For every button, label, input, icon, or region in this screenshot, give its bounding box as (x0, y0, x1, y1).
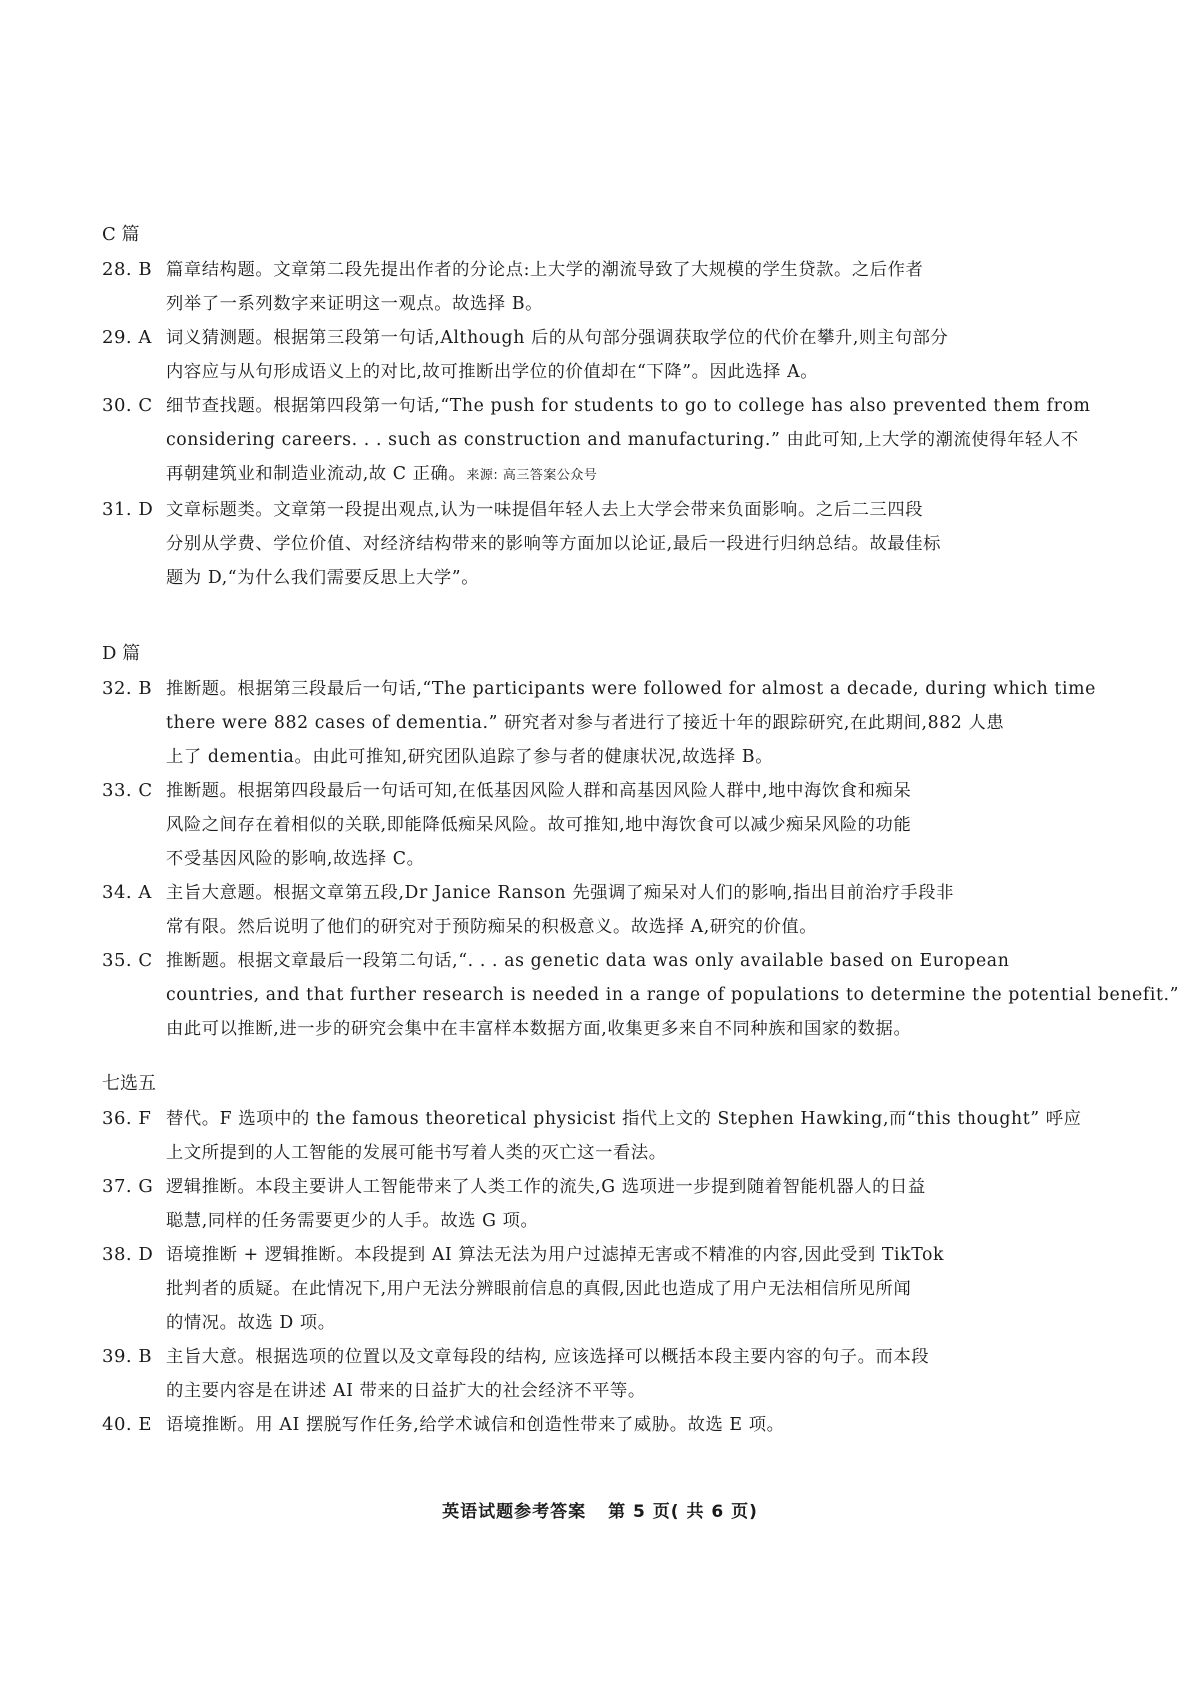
answer-explanation: 主旨大意题。根据文章第五段,Dr Janice Ranson 先强调了痴呆对人们… (166, 876, 1102, 944)
section-title: 七选五 (102, 1068, 1102, 1100)
answer-key: 32. B (102, 672, 166, 706)
explanation-line: 词义猜测题。根据第三段第一句话,Although 后的从句部分强调获取学位的代价… (166, 321, 1102, 355)
explanation-line: 主旨大意。根据选项的位置以及文章每段的结构, 应该选择可以概括本段主要内容的句子… (166, 1340, 1102, 1374)
explanation-line: 主旨大意题。根据文章第五段,Dr Janice Ranson 先强调了痴呆对人们… (166, 876, 1102, 910)
answer-key: 38. D (102, 1238, 166, 1272)
explanation-line: 不受基因风险的影响,故选择 C。 (166, 842, 1102, 876)
answer-key-page: C 篇 28. B 篇章结构题。文章第二段先提出作者的分论点:上大学的潮流导致了… (0, 0, 1200, 1699)
answer-item-28: 28. B 篇章结构题。文章第二段先提出作者的分论点:上大学的潮流导致了大规模的… (102, 253, 1102, 321)
explanation-line: countries, and that further research is … (166, 978, 1179, 1012)
answer-item-34: 34. A 主旨大意题。根据文章第五段,Dr Janice Ranson 先强调… (102, 876, 1102, 944)
answer-explanation: 推断题。根据文章最后一段第二句话,“. . . as genetic data … (166, 944, 1179, 1046)
answer-key: 40. E (102, 1408, 166, 1442)
page-footer: 英语试题参考答案第 5 页( 共 6 页) (0, 1497, 1200, 1522)
explanation-line: 上文所提到的人工智能的发展可能书写着人类的灭亡这一看法。 (166, 1136, 1102, 1170)
explanation-line: 文章标题类。文章第一段提出观点,认为一味提倡年轻人去上大学会带来负面影响。之后二… (166, 493, 1102, 527)
answer-item-38: 38. D 语境推断 + 逻辑推断。本段提到 AI 算法无法为用户过滤掉无害或不… (102, 1238, 1102, 1340)
explanation-line: there were 882 cases of dementia.” 研究者对参… (166, 706, 1102, 740)
explanation-line: 替代。F 选项中的 the famous theoretical physici… (166, 1102, 1102, 1136)
answer-item-29: 29. A 词义猜测题。根据第三段第一句话,Although 后的从句部分强调获… (102, 321, 1102, 389)
section-title: D 篇 (102, 638, 1102, 670)
answer-explanation: 替代。F 选项中的 the famous theoretical physici… (166, 1102, 1102, 1170)
explanation-line: 题为 D,“为什么我们需要反思上大学”。 (166, 561, 1102, 595)
answer-explanation: 推断题。根据第四段最后一句话可知,在低基因风险人群和高基因风险人群中,地中海饮食… (166, 774, 1102, 876)
section-d: D 篇 32. B 推断题。根据第三段最后一句话,“The participan… (102, 638, 1102, 1046)
answer-item-30: 30. C 细节查找题。根据第四段第一句话,“The push for stud… (102, 389, 1102, 493)
explanation-line: 列举了一系列数字来证明这一观点。故选择 B。 (166, 287, 1102, 321)
answer-explanation: 词义猜测题。根据第三段第一句话,Although 后的从句部分强调获取学位的代价… (166, 321, 1102, 389)
page-number: 第 5 页( 共 6 页) (608, 1502, 758, 1522)
answer-key: 28. B (102, 253, 166, 287)
answer-item-39: 39. B 主旨大意。根据选项的位置以及文章每段的结构, 应该选择可以概括本段主… (102, 1340, 1102, 1408)
answer-key: 29. A (102, 321, 166, 355)
explanation-line: 细节查找题。根据第四段第一句话,“The push for students t… (166, 389, 1102, 423)
explanation-line: 推断题。根据第四段最后一句话可知,在低基因风险人群和高基因风险人群中,地中海饮食… (166, 774, 1102, 808)
answer-key: 33. C (102, 774, 166, 808)
explanation-line: 风险之间存在着相似的关联,即能降低痴呆风险。故可推知,地中海饮食可以减少痴呆风险… (166, 808, 1102, 842)
document-title: 英语试题参考答案 (442, 1502, 586, 1522)
explanation-line: 逻辑推断。本段主要讲人工智能带来了人类工作的流失,G 选项进一步提到随着智能机器… (166, 1170, 1102, 1204)
source-note: 来源: 高三答案公众号 (466, 468, 597, 483)
explanation-line: 推断题。根据文章最后一段第二句话,“. . . as genetic data … (166, 944, 1179, 978)
answer-key: 37. G (102, 1170, 166, 1204)
explanation-line: considering careers. . . such as constru… (166, 423, 1102, 457)
explanation-text: 再朝建筑业和制造业流动,故 C 正确。 (166, 464, 466, 484)
answer-explanation: 主旨大意。根据选项的位置以及文章每段的结构, 应该选择可以概括本段主要内容的句子… (166, 1340, 1102, 1408)
answer-explanation: 语境推断 + 逻辑推断。本段提到 AI 算法无法为用户过滤掉无害或不精准的内容,… (166, 1238, 1102, 1340)
answer-explanation: 逻辑推断。本段主要讲人工智能带来了人类工作的流失,G 选项进一步提到随着智能机器… (166, 1170, 1102, 1238)
answer-item-36: 36. F 替代。F 选项中的 the famous theoretical p… (102, 1102, 1102, 1170)
explanation-line: 内容应与从句形成语义上的对比,故可推断出学位的价值却在“下降”。因此选择 A。 (166, 355, 1102, 389)
explanation-line: 推断题。根据第三段最后一句话,“The participants were fo… (166, 672, 1102, 706)
answer-key: 31. D (102, 493, 166, 527)
answer-key: 34. A (102, 876, 166, 910)
explanation-line: 再朝建筑业和制造业流动,故 C 正确。来源: 高三答案公众号 (166, 457, 1102, 493)
answer-explanation: 文章标题类。文章第一段提出观点,认为一味提倡年轻人去上大学会带来负面影响。之后二… (166, 493, 1102, 595)
explanation-line: 语境推断 + 逻辑推断。本段提到 AI 算法无法为用户过滤掉无害或不精准的内容,… (166, 1238, 1102, 1272)
explanation-line: 篇章结构题。文章第二段先提出作者的分论点:上大学的潮流导致了大规模的学生贷款。之… (166, 253, 1102, 287)
answer-key: 35. C (102, 944, 166, 978)
section-seven-choose-five: 七选五 36. F 替代。F 选项中的 the famous theoretic… (102, 1068, 1102, 1442)
answer-key: 30. C (102, 389, 166, 423)
answer-key: 39. B (102, 1340, 166, 1374)
explanation-line: 常有限。然后说明了他们的研究对于预防痴呆的积极意义。故选择 A,研究的价值。 (166, 910, 1102, 944)
explanation-line: 聪慧,同样的任务需要更少的人手。故选 G 项。 (166, 1204, 1102, 1238)
answer-item-32: 32. B 推断题。根据第三段最后一句话,“The participants w… (102, 672, 1102, 774)
answer-explanation: 篇章结构题。文章第二段先提出作者的分论点:上大学的潮流导致了大规模的学生贷款。之… (166, 253, 1102, 321)
explanation-line: 批判者的质疑。在此情况下,用户无法分辨眼前信息的真假,因此也造成了用户无法相信所… (166, 1272, 1102, 1306)
answer-item-40: 40. E 语境推断。用 AI 摆脱写作任务,给学术诚信和创造性带来了威胁。故选… (102, 1408, 1102, 1442)
explanation-line: 上了 dementia。由此可推知,研究团队追踪了参与者的健康状况,故选择 B。 (166, 740, 1102, 774)
answer-explanation: 细节查找题。根据第四段第一句话,“The push for students t… (166, 389, 1102, 493)
answer-key: 36. F (102, 1102, 166, 1136)
answer-explanation: 语境推断。用 AI 摆脱写作任务,给学术诚信和创造性带来了威胁。故选 E 项。 (166, 1408, 1102, 1442)
section-c: C 篇 28. B 篇章结构题。文章第二段先提出作者的分论点:上大学的潮流导致了… (102, 219, 1102, 595)
answer-explanation: 推断题。根据第三段最后一句话,“The participants were fo… (166, 672, 1102, 774)
answer-item-37: 37. G 逻辑推断。本段主要讲人工智能带来了人类工作的流失,G 选项进一步提到… (102, 1170, 1102, 1238)
explanation-line: 的情况。故选 D 项。 (166, 1306, 1102, 1340)
explanation-line: 由此可以推断,进一步的研究会集中在丰富样本数据方面,收集更多来自不同种族和国家的… (166, 1012, 1179, 1046)
answer-item-33: 33. C 推断题。根据第四段最后一句话可知,在低基因风险人群和高基因风险人群中… (102, 774, 1102, 876)
section-title: C 篇 (102, 219, 1102, 251)
answer-item-35: 35. C 推断题。根据文章最后一段第二句话,“. . . as genetic… (102, 944, 1102, 1046)
answer-item-31: 31. D 文章标题类。文章第一段提出观点,认为一味提倡年轻人去上大学会带来负面… (102, 493, 1102, 595)
explanation-line: 分别从学费、学位价值、对经济结构带来的影响等方面加以论证,最后一段进行归纳总结。… (166, 527, 1102, 561)
explanation-line: 的主要内容是在讲述 AI 带来的日益扩大的社会经济不平等。 (166, 1374, 1102, 1408)
explanation-line: 语境推断。用 AI 摆脱写作任务,给学术诚信和创造性带来了威胁。故选 E 项。 (166, 1408, 1102, 1442)
